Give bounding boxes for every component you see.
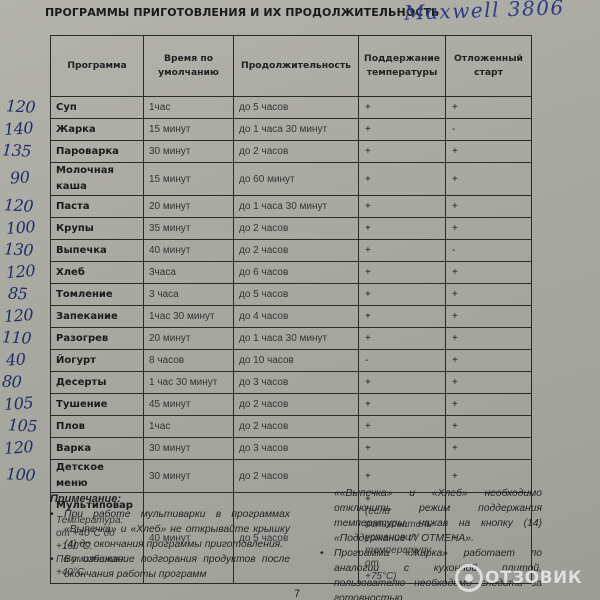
cell-delayed-start: + [446,372,532,394]
table-row: Паста20 минутдо 1 часа 30 минут++ [51,196,532,218]
handwritten-temperature: 120 [4,195,34,215]
otzovik-logo-icon [455,564,483,592]
cell-default-time: 1час [144,97,234,119]
notes-left-column: Примечание: •При работе мультиварки в пр… [50,492,290,582]
cell-default-time: 45 минут [144,394,234,416]
cell-duration: до 1 часа 30 минут [234,328,359,350]
cell-default-time: 20 минут [144,328,234,350]
cell-duration: до 6 часов [234,262,359,284]
cell-keep-warm: + [359,97,446,119]
watermark: ОТЗОВИК [455,560,595,596]
cell-keep-warm: + [359,119,446,141]
table-row: Молочная каша15 минутдо 60 минут++ [51,163,532,196]
cell-duration: до 5 часов [234,284,359,306]
note-item: •При работе мультиварки в программах «Вы… [50,507,290,552]
handwritten-temperature: 110 [2,327,32,347]
cell-delayed-start: + [446,284,532,306]
cell-default-time: 8 часов [144,350,234,372]
cell-program: Крупы [51,218,144,240]
table-header-row: Программа Время по умолчанию Продолжител… [51,36,532,97]
cell-default-time: 30 минут [144,141,234,163]
cell-keep-warm: + [359,196,446,218]
cell-program: Детское меню [51,460,144,493]
table-row: Крупы35 минутдо 2 часов++ [51,218,532,240]
handwritten-temperature: 85 [8,283,28,303]
cell-delayed-start: + [446,438,532,460]
cell-program: Запекание [51,306,144,328]
table-row: Хлеб3часадо 6 часов++ [51,262,532,284]
handwritten-temperature: 80 [2,371,22,391]
cell-program: Жарка [51,119,144,141]
cell-delayed-start: + [446,141,532,163]
cell-duration: до 2 часов [234,218,359,240]
cell-delayed-start: + [446,97,532,119]
cell-delayed-start: + [446,163,532,196]
cell-duration: до 2 часов [234,394,359,416]
cell-delayed-start: + [446,394,532,416]
cell-duration: до 3 часов [234,438,359,460]
cell-delayed-start: + [446,306,532,328]
bullet-icon: • [50,507,54,522]
cell-keep-warm: + [359,372,446,394]
cell-keep-warm: + [359,328,446,350]
cell-default-time: 1 час 30 минут [144,372,234,394]
cell-default-time: 1час 30 минут [144,306,234,328]
cell-program: Паста [51,196,144,218]
cell-keep-warm: + [359,218,446,240]
header-program: Программа [51,36,144,97]
handwritten-temperature: 120 [6,96,36,116]
cell-keep-warm: + [359,394,446,416]
cell-program: Хлеб [51,262,144,284]
handwritten-temperature: 135 [2,140,32,160]
cell-program: Суп [51,97,144,119]
header-delayed-start: Отложенный старт [446,36,532,97]
handwritten-temperature: 130 [4,239,34,259]
cell-keep-warm: + [359,240,446,262]
header-duration: Продолжительность [234,36,359,97]
bullet-icon: • [50,552,54,567]
handwritten-temperature: 105 [8,415,38,435]
cell-default-time: 30 минут [144,438,234,460]
cell-duration: до 2 часов [234,240,359,262]
cell-default-time: 20 минут [144,196,234,218]
cell-keep-warm: + [359,141,446,163]
cell-delayed-start: + [446,196,532,218]
cell-delayed-start: - [446,119,532,141]
notes-title: Примечание: [50,492,290,507]
handwritten-temperature: 120 [3,305,33,326]
cell-program: Томление [51,284,144,306]
cell-duration: до 10 часов [234,350,359,372]
table-row: Томление3 часадо 5 часов++ [51,284,532,306]
handwritten-temperatures: 1201401359012010013012085120110408010510… [0,0,50,400]
watermark-text: ОТЗОВИК [485,568,582,588]
cell-duration: до 2 часов [234,141,359,163]
handwritten-temperature: 120 [5,261,35,282]
page-title: ПРОГРАММЫ ПРИГОТОВЛЕНИЯ И ИХ ПРОДОЛЖИТЕЛ… [45,6,440,19]
cell-keep-warm: - [359,350,446,372]
cell-program: Пароварка [51,141,144,163]
table-row: Суп1часдо 5 часов++ [51,97,532,119]
cell-default-time: 3 часа [144,284,234,306]
cell-default-time: 30 минут [144,460,234,493]
handwritten-temperature: 40 [5,349,26,369]
table-row: Плов1часдо 2 часов++ [51,416,532,438]
handwritten-temperature: 90 [9,167,30,187]
cell-default-time: 15 минут [144,163,234,196]
cell-keep-warm: + [359,438,446,460]
table-row: Выпечка40 минутдо 2 часов+- [51,240,532,262]
cell-delayed-start: + [446,350,532,372]
cell-program: Десерты [51,372,144,394]
table-row: Жарка15 минутдо 1 часа 30 минут+- [51,119,532,141]
cell-program: Плов [51,416,144,438]
table-row: Варка30 минутдо 3 часов++ [51,438,532,460]
cell-duration: до 4 часов [234,306,359,328]
cell-keep-warm: + [359,284,446,306]
cell-program: Молочная каша [51,163,144,196]
cell-delayed-start: - [446,240,532,262]
handwritten-temperature: 140 [3,118,33,139]
handwritten-temperature: 100 [6,464,36,484]
handwritten-model-label: Maxwell 3806 [404,0,565,25]
note-continuation: ««Выпечка» и «Хлеб» необходимо отключить… [320,486,542,546]
cell-program: Выпечка [51,240,144,262]
handwritten-temperature: 105 [3,393,33,414]
cell-delayed-start: + [446,262,532,284]
note-text: ««Выпечка» и «Хлеб» необходимо отключить… [334,488,542,544]
cell-keep-warm: + [359,306,446,328]
cell-default-time: 35 минут [144,218,234,240]
cell-program: Йогурт [51,350,144,372]
cell-duration: до 3 часов [234,372,359,394]
cell-program: Варка [51,438,144,460]
cell-delayed-start: + [446,218,532,240]
cell-duration: до 1 часа 30 минут [234,196,359,218]
cell-default-time: 1час [144,416,234,438]
cell-duration: до 5 часов [234,97,359,119]
note-text: Во избежание подгорания продуктов после … [64,554,290,580]
handwritten-temperature: 120 [3,437,33,458]
table-row: Разогрев20 минутдо 1 часа 30 минут++ [51,328,532,350]
cell-delayed-start: + [446,416,532,438]
cell-program: Разогрев [51,328,144,350]
page-number: 7 [294,588,300,600]
cell-duration: до 2 часов [234,416,359,438]
cell-keep-warm: + [359,416,446,438]
cell-program: Тушение [51,394,144,416]
table-row: Пароварка30 минутдо 2 часов++ [51,141,532,163]
header-default-time: Время по умолчанию [144,36,234,97]
table-row: Тушение45 минутдо 2 часов++ [51,394,532,416]
table-row: Десерты1 час 30 минутдо 3 часов++ [51,372,532,394]
cell-default-time: 3часа [144,262,234,284]
cell-default-time: 40 минут [144,240,234,262]
cell-keep-warm: + [359,163,446,196]
cell-duration: до 1 часа 30 минут [234,119,359,141]
cell-keep-warm: + [359,262,446,284]
cell-duration: до 60 минут [234,163,359,196]
header-keep-warm: Поддержание температуры [359,36,446,97]
cell-default-time: 15 минут [144,119,234,141]
note-item: •Во избежание подгорания продуктов после… [50,552,290,582]
bullet-icon: • [320,546,324,561]
note-text: При работе мультиварки в программах «Вып… [64,509,290,550]
table-row: Йогурт8 часовдо 10 часов-+ [51,350,532,372]
cell-delayed-start: + [446,328,532,350]
handwritten-temperature: 100 [5,217,35,238]
table-row: Запекание1час 30 минутдо 4 часов++ [51,306,532,328]
